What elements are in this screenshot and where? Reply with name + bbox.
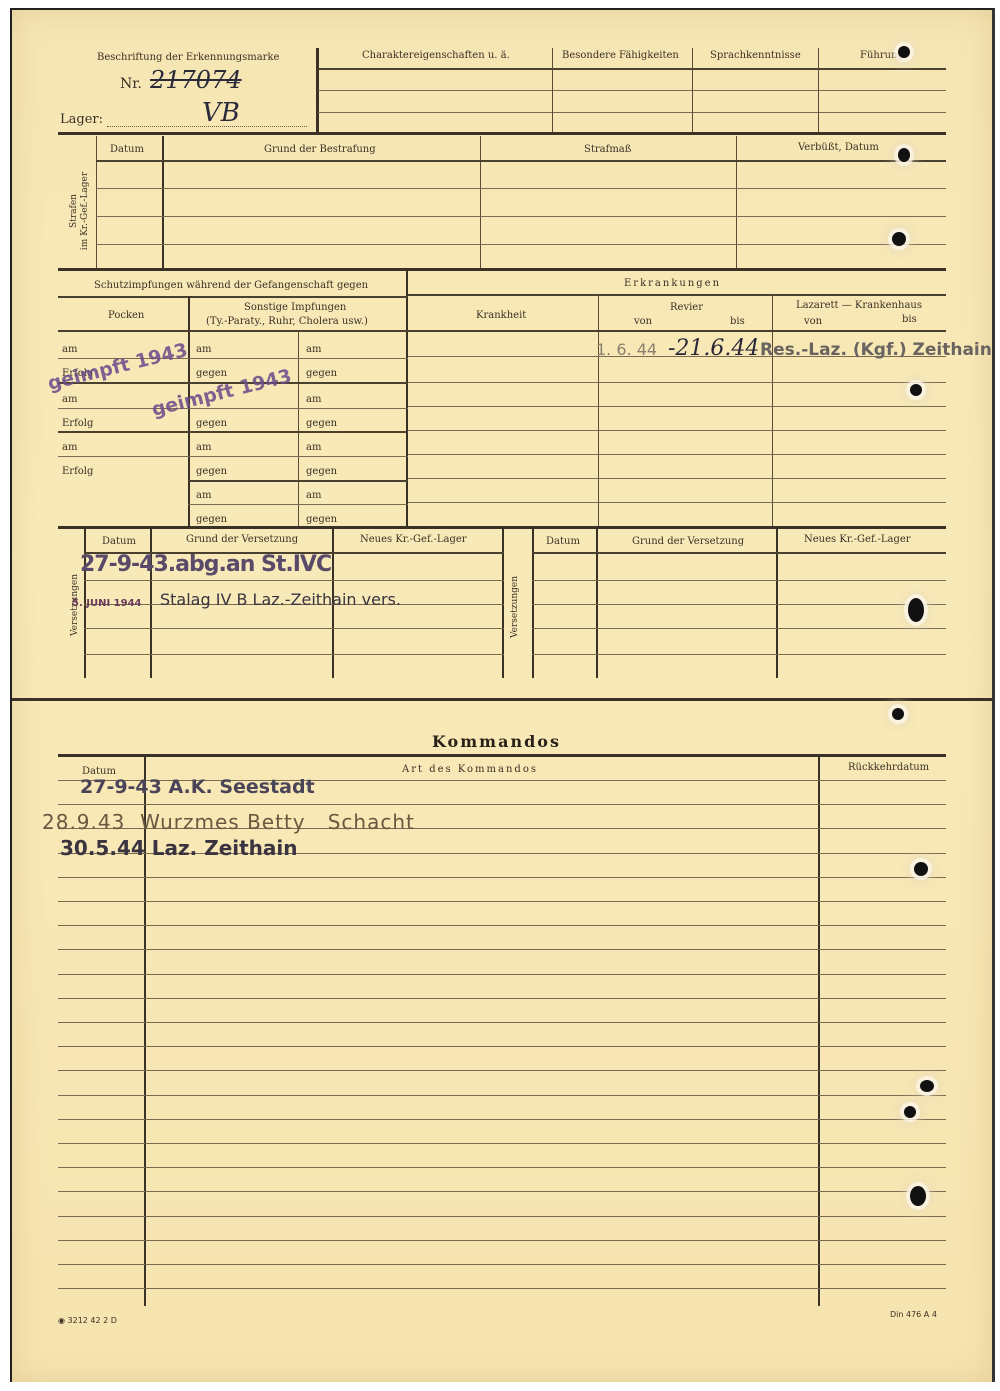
strafen-col-datum: Datum xyxy=(110,144,144,155)
ruled-line xyxy=(58,1143,946,1144)
col-charakter: Charaktereigenschaften u. ä. xyxy=(362,50,510,61)
table-line xyxy=(96,216,946,217)
table-rule xyxy=(58,296,408,298)
punch-hole xyxy=(908,598,924,622)
ruled-line xyxy=(58,901,946,902)
header-line xyxy=(318,90,946,91)
col-divider xyxy=(406,270,408,526)
ruled-line xyxy=(58,925,946,926)
punch-hole xyxy=(904,1106,916,1118)
kommando-art: A.K. Seestadt xyxy=(169,776,315,798)
punch-hole xyxy=(892,708,904,720)
ruled-line xyxy=(58,1264,946,1265)
revier-label: Revier xyxy=(670,302,703,313)
sonstige-gegen: gegen xyxy=(196,418,227,429)
versetzung-stamp-2: Stalag IV B Laz.-Zeithain vers. xyxy=(160,590,401,609)
sonstige-am: am xyxy=(306,394,321,405)
sonstige-am: am xyxy=(306,344,321,355)
vers2-col-datum: Datum xyxy=(546,536,580,547)
section-rule xyxy=(58,132,946,135)
table-line xyxy=(532,580,946,581)
erkennungsmarke-label: Beschriftung der Erkennungsmarke xyxy=(97,52,279,63)
table-line xyxy=(408,502,946,503)
col-divider xyxy=(818,48,819,134)
ruled-line xyxy=(58,974,946,975)
table-line xyxy=(532,628,946,629)
ruled-line xyxy=(58,1288,946,1289)
ruled-line xyxy=(58,1070,946,1071)
table-line xyxy=(532,604,946,605)
table-line xyxy=(58,456,188,457)
sonstige-gegen: gegen xyxy=(306,466,337,477)
ruled-line xyxy=(58,1216,946,1217)
punch-hole xyxy=(920,1080,934,1092)
table-line xyxy=(188,358,408,359)
col-divider xyxy=(150,528,152,678)
pocken-erfolg: Erfolg xyxy=(62,466,93,477)
strafen-col-strafmass: Strafmaß xyxy=(584,144,631,155)
col-divider xyxy=(480,136,481,270)
col-divider xyxy=(596,528,598,678)
header-divider xyxy=(316,48,319,134)
lazarett-bis: bis xyxy=(902,314,917,325)
punch-hole xyxy=(910,384,922,396)
kommando-datum: 30.5.44 xyxy=(60,836,145,860)
table-rule xyxy=(408,330,946,332)
punch-hole xyxy=(914,862,928,876)
table-line xyxy=(84,654,504,655)
sonstige-am: am xyxy=(196,344,211,355)
col-divider xyxy=(736,136,737,270)
vers-col-grund: Grund der Versetzung xyxy=(186,534,298,545)
pocken-am: am xyxy=(62,344,77,355)
sonstige-am: am xyxy=(306,490,321,501)
vers2-col-lager: Neues Kr.-Gef.-Lager xyxy=(804,534,911,545)
lager-value: VB xyxy=(202,98,240,128)
col-divider xyxy=(502,528,504,678)
table-line xyxy=(96,188,946,189)
pocken-am: am xyxy=(62,442,77,453)
ruled-line xyxy=(58,1119,946,1120)
table-line xyxy=(408,382,946,383)
strafen-col-verbuesst: Verbüßt, Datum xyxy=(798,142,879,153)
table-rule xyxy=(188,480,408,482)
header-line xyxy=(318,112,946,113)
table-rule xyxy=(58,330,408,332)
punch-hole xyxy=(898,46,910,58)
table-line xyxy=(188,504,408,505)
strafen-side-label-2: im Kr.-Gef.-Lager xyxy=(80,172,90,250)
col-divider xyxy=(96,136,97,270)
table-line xyxy=(188,456,408,457)
table-line xyxy=(96,244,946,245)
ruled-line xyxy=(58,1191,946,1192)
sonstige-am: am xyxy=(196,442,211,453)
nr-label: Nr. xyxy=(120,76,142,92)
kommando-entry-1: 27-9-43 A.K. Seestadt xyxy=(80,776,315,798)
kommandos-col-rueckkehr: Rückkehrdatum xyxy=(848,762,929,773)
ruled-line xyxy=(58,1167,946,1168)
strafen-side-label: Strafenim Kr.-Gef.-Lager xyxy=(69,151,91,271)
vers-col-lager: Neues Kr.-Gef.-Lager xyxy=(360,534,467,545)
col-divider xyxy=(818,756,820,1306)
pocken-am: am xyxy=(62,394,77,405)
col-divider xyxy=(532,528,534,678)
kommando-art: Laz. Zeithain xyxy=(152,836,298,860)
lager-label: Lager: xyxy=(60,112,103,127)
sonstige-gegen: gegen xyxy=(196,466,227,477)
kommandos-col-art: Art des Kommandos xyxy=(402,764,538,775)
erkrankung-stamp-place: Res.-Laz. (Kgf.) Zeithain xyxy=(760,340,992,360)
col-divider xyxy=(552,48,553,134)
ruled-line xyxy=(58,1240,946,1241)
revier-von: von xyxy=(634,316,652,327)
din-label: Din 476 A 4 xyxy=(890,1310,937,1319)
ruled-line xyxy=(58,1095,946,1096)
ruled-line xyxy=(58,998,946,999)
sonstige-label-2: (Ty.-Paraty., Ruhr, Cholera usw.) xyxy=(206,316,368,327)
table-rule xyxy=(408,294,946,296)
sonstige-am: am xyxy=(306,442,321,453)
krankheit-label: Krankheit xyxy=(476,310,526,321)
sonstige-gegen: gegen xyxy=(196,368,227,379)
punch-hole xyxy=(898,148,910,162)
header-rule xyxy=(318,68,946,70)
sonstige-label-1: Sonstige Impfungen xyxy=(244,302,346,313)
col-divider xyxy=(776,528,778,678)
lazarett-von: von xyxy=(804,316,822,327)
lazarett-label: Lazarett — Krankenhaus xyxy=(796,300,922,311)
col-sprachkenntnisse: Sprachkenntnisse xyxy=(710,50,801,61)
punch-hole xyxy=(910,1186,926,1206)
print-code: ◉ 3212 42 2 D xyxy=(58,1316,117,1325)
versetzung-date-stamp: 5. JUNI 1944 xyxy=(72,598,141,609)
table-line xyxy=(408,406,946,407)
section-rule xyxy=(58,268,946,271)
kommando-art: Wurzmes Betty Schacht xyxy=(140,810,415,834)
versetzung-stamp-1: 27-9-43.abg.an St.IVC xyxy=(80,552,331,577)
erkrankungen-title: Erkrankungen xyxy=(624,278,721,289)
table-line xyxy=(408,430,946,431)
erkrankung-stamp-date: 1. 6. 44 xyxy=(596,340,657,359)
punch-hole xyxy=(892,232,906,246)
sonstige-gegen: gegen xyxy=(196,514,227,525)
kommando-entry-3: 30.5.44 Laz. Zeithain xyxy=(60,836,298,860)
pocken-erfolg: Erfolg xyxy=(62,418,93,429)
strafen-side-label-1: Strafen xyxy=(69,194,79,228)
table-line xyxy=(532,654,946,655)
fold-line xyxy=(12,698,992,701)
table-line xyxy=(84,580,504,581)
table-rule xyxy=(532,552,946,554)
kommando-datum: 27-9-43 xyxy=(80,776,162,798)
vers2-col-grund: Grund der Versetzung xyxy=(632,536,744,547)
ruled-line xyxy=(58,1046,946,1047)
document-page: Beschriftung der Erkennungsmarke Nr. 217… xyxy=(10,8,995,1382)
sonstige-gegen: gegen xyxy=(306,368,337,379)
nr-value: 217074 xyxy=(150,66,242,94)
table-rule xyxy=(58,431,408,433)
col-divider xyxy=(298,330,299,526)
vers-col-datum: Datum xyxy=(102,536,136,547)
ruled-line xyxy=(58,1022,946,1023)
table-rule xyxy=(96,160,946,162)
print-code-text: 3212 42 2 D xyxy=(68,1316,117,1325)
ruled-line xyxy=(58,877,946,878)
col-faehigkeiten: Besondere Fähigkeiten xyxy=(562,50,679,61)
kommando-entry-2: 28.9.43 Wurzmes Betty Schacht xyxy=(42,810,415,834)
impfungen-title: Schutzimpfungen während der Gefangenscha… xyxy=(94,280,368,291)
section-rule xyxy=(58,754,946,757)
kommandos-title: Kommandos xyxy=(432,732,561,751)
table-line xyxy=(188,408,408,409)
erkrankung-handwritten-date: -21.6.44. xyxy=(668,336,766,361)
kommando-datum: 28.9.43 xyxy=(42,810,125,834)
ruled-line xyxy=(58,804,946,805)
col-divider xyxy=(162,136,164,270)
sonstige-gegen: gegen xyxy=(306,418,337,429)
versetzungen-side-label-right: Versetzungen xyxy=(510,552,520,662)
table-line xyxy=(84,628,504,629)
table-line xyxy=(408,478,946,479)
sonstige-am: am xyxy=(196,490,211,501)
pocken-label: Pocken xyxy=(108,310,144,321)
strafen-col-grund: Grund der Bestrafung xyxy=(264,144,376,155)
revier-bis: bis xyxy=(730,316,745,327)
table-line xyxy=(408,454,946,455)
col-divider xyxy=(692,48,693,134)
ruled-line xyxy=(58,949,946,950)
sonstige-gegen: gegen xyxy=(306,514,337,525)
